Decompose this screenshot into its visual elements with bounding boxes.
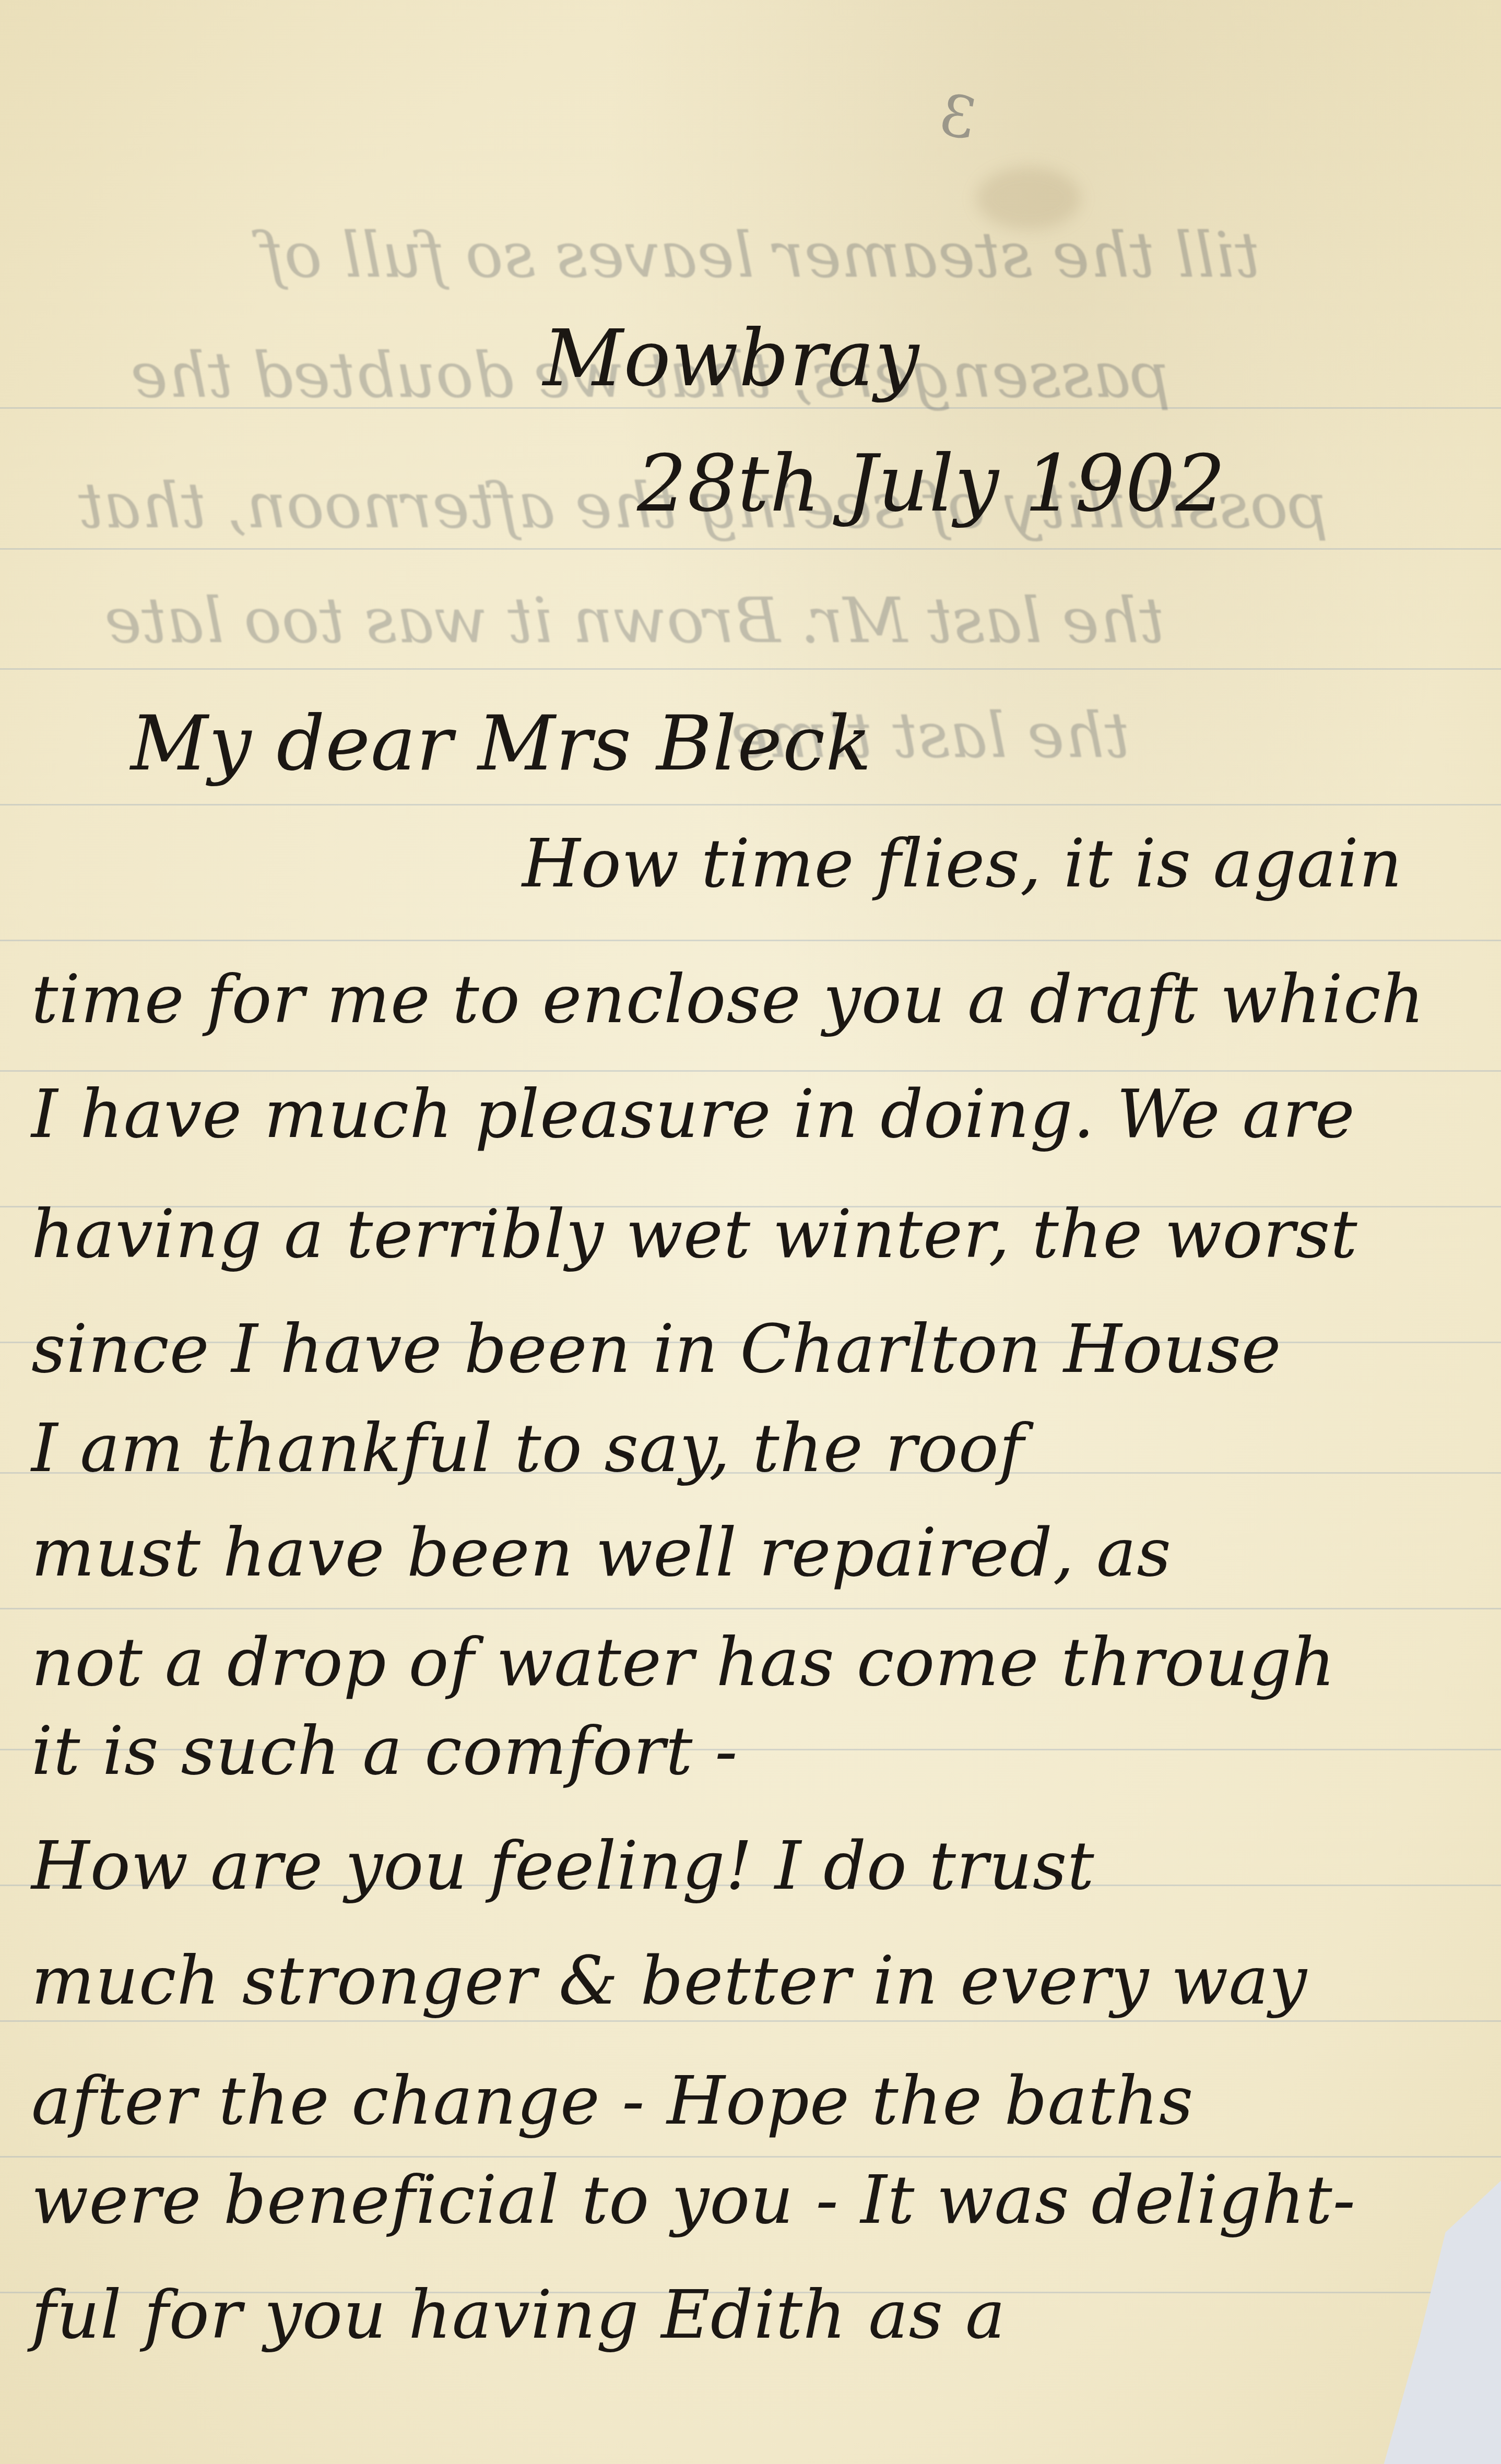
body-line: How are you feeling! I do trust: [31, 1827, 1095, 1905]
letter-date: 28th July 1902: [637, 439, 1226, 529]
body-line: must have been well repaired, as: [31, 1514, 1172, 1592]
bleed-through-line: the last Mr. Brown it was too late: [104, 585, 1165, 657]
salutation: My dear Mrs Bleck: [131, 700, 872, 788]
ruled-line: [0, 548, 1501, 550]
ruled-line: [0, 1070, 1501, 1072]
body-line: How time flies, it is again: [522, 825, 1403, 903]
ruled-line: [0, 2020, 1501, 2022]
page-number: 3: [934, 81, 982, 153]
letter-place: Mowbray: [543, 313, 919, 404]
body-line: much stronger & better in every way: [31, 1942, 1307, 2020]
body-line: it is such a comfort -: [31, 1712, 738, 1790]
body-line: having a terribly wet winter, the worst: [31, 1195, 1358, 1273]
ruled-line: [0, 940, 1501, 941]
body-line: after the change - Hope the baths: [31, 2062, 1193, 2140]
letter-page: 3 till the steamer leaves so full of pas…: [0, 0, 1501, 2464]
body-line: time for me to enclose you a draft which: [31, 961, 1425, 1038]
bleed-through-line: till the steamer leaves so full of: [261, 219, 1260, 292]
body-line: not a drop of water has come through: [31, 1624, 1335, 1701]
body-line: since I have been in Charlton House: [31, 1310, 1282, 1388]
body-line: I have much pleasure in doing. We are: [31, 1075, 1355, 1153]
ruled-line: [0, 668, 1501, 670]
ruled-line: [0, 1608, 1501, 1609]
body-line: ful for you having Edith as a: [31, 2276, 1006, 2354]
body-line: were beneficial to you - It was delight-: [31, 2161, 1356, 2239]
body-line: I am thankful to say, the roof: [31, 1409, 1024, 1487]
ruled-line: [0, 804, 1501, 805]
ruled-line: [0, 2156, 1501, 2158]
